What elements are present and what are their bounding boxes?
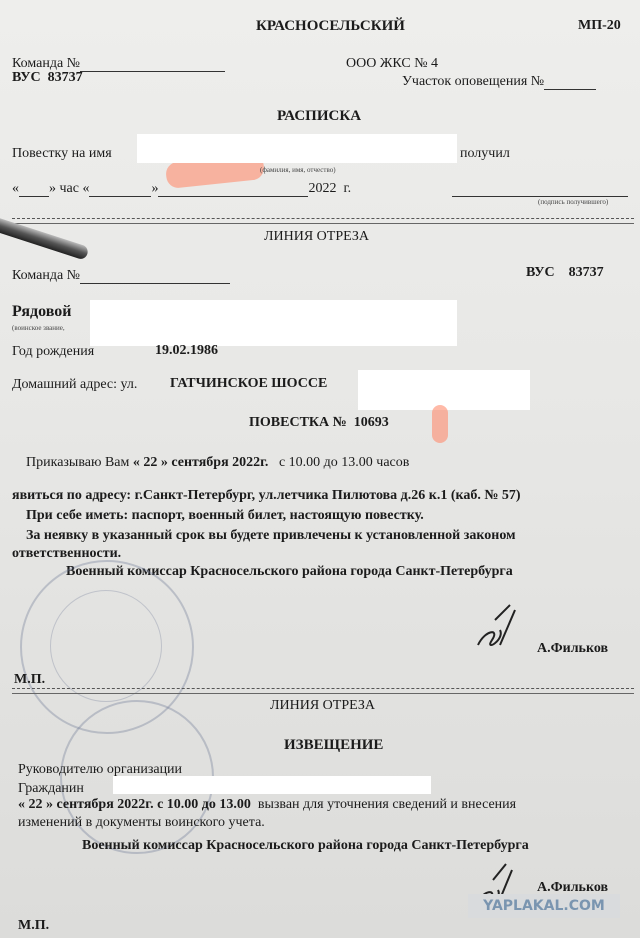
order-line: Приказываю Вам « 22 » сентября 2022г. с … [26,455,409,471]
summons-vus-field: ВУС 83737 [526,265,604,281]
official-seal-inner [50,590,162,702]
redacted-address [358,370,530,410]
signature-blank [452,181,628,197]
ink-mark-2 [432,405,448,443]
address-label: Домашний адрес: ул. [12,377,137,393]
hour-label: » час [49,181,79,196]
notify-area-label: Участок оповещения № [402,74,544,89]
notice-title: ИЗВЕЩЕНИЕ [284,737,383,754]
redacted-name [137,134,457,163]
notice-purpose: вызван для уточнения сведений и внесения [258,797,516,812]
notify-area-blank [544,77,596,90]
org-name: ООО ЖКС № 4 [346,56,438,72]
signature-caption: (подпись получившего) [538,198,608,206]
notice-seal-label: М.П. [18,918,49,934]
summons-team-label: Команда № [12,268,80,283]
quote-open-2: « [82,181,89,196]
notice-line-2: изменений в документы воинского учета. [18,815,265,831]
vus-label: ВУС [12,70,41,85]
day-blank [19,184,49,197]
birth-value: 19.02.1986 [155,343,218,359]
report-address: явиться по адресу: г.Санкт-Петербург, ул… [12,488,521,504]
order-time: с 10.00 до 13.00 часов [279,455,409,470]
vus-value: 83737 [48,70,83,85]
summons-vus-label: ВУС [526,265,555,280]
address-value: ГАТЧИНСКОЕ ШОССЕ [170,376,327,392]
receipt-date-line: «» час «»2022 г. [12,181,351,197]
received-prefix: Повестку на имя [12,146,112,162]
notice-commissar: Военный комиссар Красносельского района … [82,838,529,854]
receipt-title: РАСПИСКА [277,108,361,125]
quote-close-2: » [151,181,158,196]
cut-line-label-2: ЛИНИЯ ОТРЕЗА [270,698,375,714]
cut-line-2 [12,688,634,694]
birth-label: Год рождения [12,344,94,360]
summons-vus-value: 83737 [569,265,604,280]
name-caption: (фамилия, имя, отчество) [260,166,336,174]
order-date: « 22 » сентября 2022г. [133,455,269,470]
redacted-citizen-name [113,776,431,794]
year-suffix: г. [343,181,351,196]
day-blank-2 [89,184,151,197]
notify-area-field: Участок оповещения № [402,74,596,90]
order-prefix: Приказываю Вам [26,455,129,470]
watermark: YAPLAKAL.COM [468,894,620,918]
summons-team-field: Команда № [12,268,230,284]
notice-date-line: « 22 » сентября 2022г. с 10.00 до 13.00 … [18,797,516,813]
quote-open: « [12,181,19,196]
rank-caption: (воинское звание, [12,324,65,332]
summons-document: КРАСНОСЕЛЬСКИЙ МП-20 Команда № ВУС 83737… [0,0,640,938]
summons-team-blank [80,271,230,284]
summons-title: ПОВЕСТКА № 10693 [249,415,389,431]
summons-number: 10693 [354,415,389,430]
team-label: Команда № [12,56,80,71]
team-blank [80,59,225,72]
warning-line-1: За неявку в указанный срок вы будете при… [26,528,516,544]
notice-date: « 22 » сентября 2022г. с 10.00 до 13.00 [18,797,251,812]
year-value: 2022 [308,181,336,196]
vus-field: ВУС 83737 [12,70,83,86]
seal-label: М.П. [14,672,45,688]
received-suffix: получил [460,146,510,162]
redacted-recruit-name [90,300,457,346]
cut-line-1 [12,218,634,224]
summons-title-prefix: ПОВЕСТКА № [249,415,347,430]
bring-documents: При себе иметь: паспорт, военный билет, … [26,508,424,524]
signer-name: А.Фильков [537,641,608,657]
district-name: КРАСНОСЕЛЬСКИЙ [256,18,405,35]
notice-citizen-label: Гражданин [18,781,84,797]
form-code: МП-20 [578,18,621,34]
cut-line-label-1: ЛИНИЯ ОТРЕЗА [264,229,369,245]
signature-icon [470,600,530,655]
rank: Рядовой [12,303,71,321]
month-blank [158,184,308,197]
